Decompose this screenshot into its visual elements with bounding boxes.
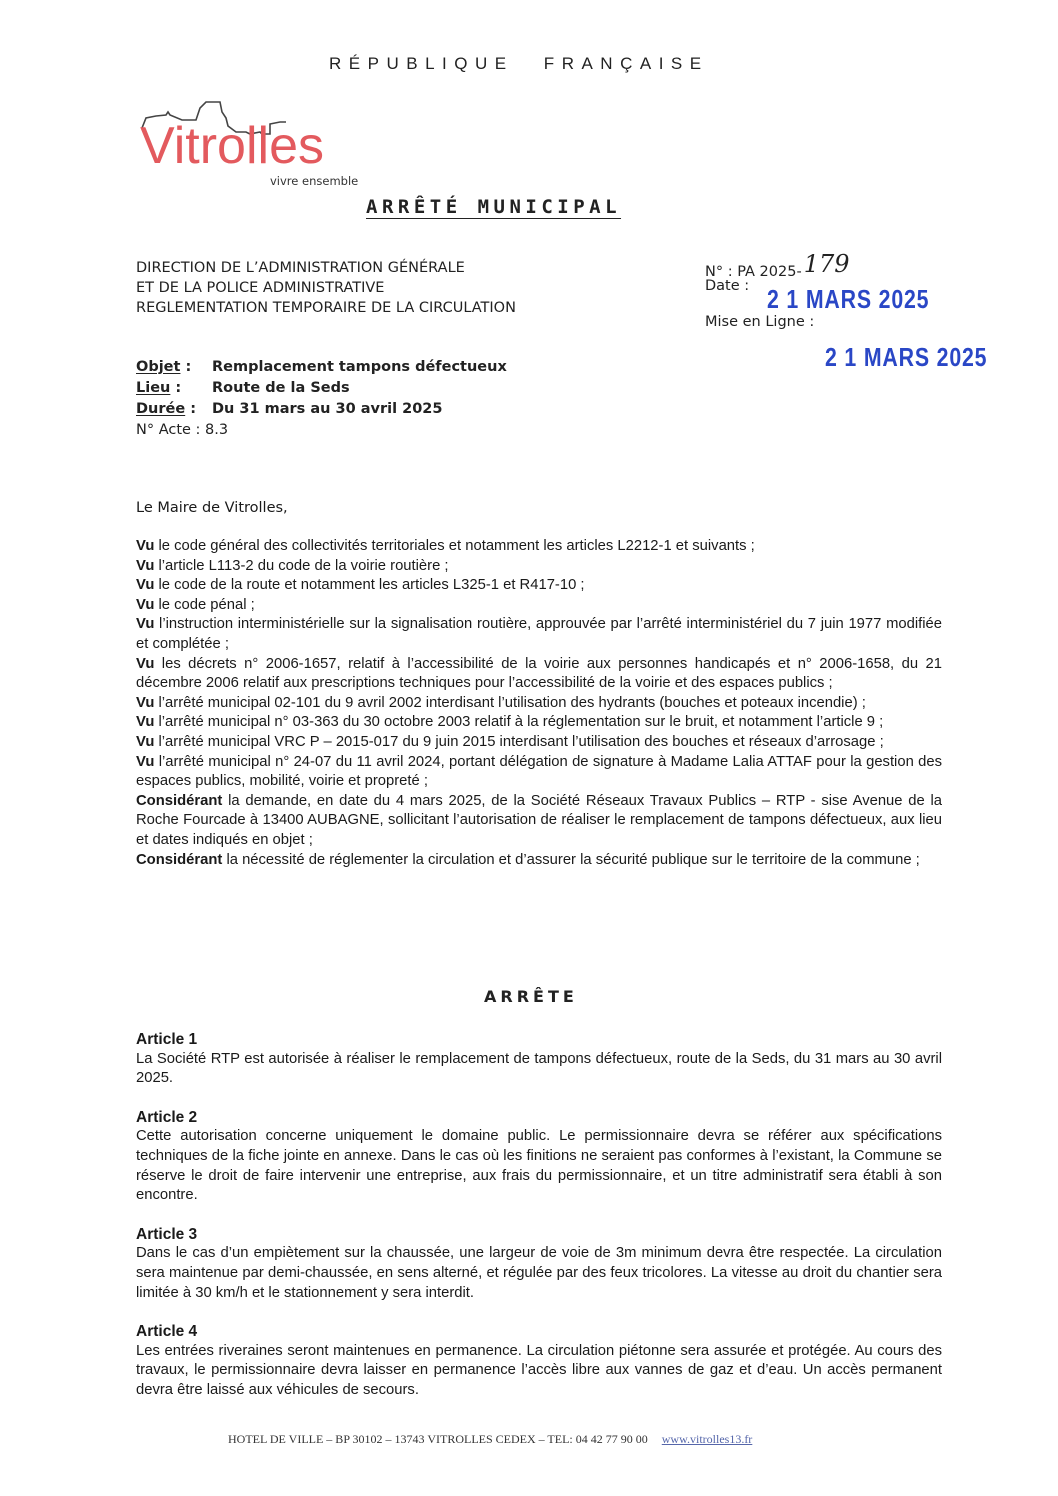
consideration-item: Vu l’arrêté municipal n° 03-363 du 30 oc… (136, 713, 942, 733)
consideration-lead: Vu (136, 616, 154, 632)
consideration-item: Considérant la nécessité de réglementer … (136, 851, 942, 871)
consideration-text: l’arrêté municipal 02-101 du 9 avril 200… (154, 695, 866, 711)
consideration-text: l’arrêté municipal n° 03-363 du 30 octob… (154, 714, 883, 730)
consideration-text: l’arrêté municipal n° 24-07 du 11 avril … (136, 754, 942, 790)
duree-label: Durée (136, 401, 185, 417)
article-text: Dans le cas d’un empiètement sur la chau… (136, 1244, 942, 1303)
article: Article 2Cette autorisation concerne uni… (136, 1108, 942, 1206)
consideration-text: le code pénal ; (154, 597, 254, 613)
consideration-text: l’article L113-2 du code de la voirie ro… (154, 558, 448, 574)
department-block: DIRECTION DE L’ADMINISTRATION GÉNÉRALE E… (136, 258, 516, 318)
article-title: Article 2 (136, 1108, 942, 1128)
consideration-lead: Vu (136, 656, 154, 672)
online-label: Mise en Ligne : (705, 312, 850, 332)
consideration-item: Vu le code général des collectivités ter… (136, 537, 942, 557)
objet-label: Objet (136, 359, 180, 375)
article: Article 3Dans le cas d’un empiètement su… (136, 1225, 942, 1303)
article-text: La Société RTP est autorisée à réaliser … (136, 1050, 942, 1089)
department-line: DIRECTION DE L’ADMINISTRATION GÉNÉRALE (136, 258, 516, 278)
article-title: Article 1 (136, 1030, 942, 1050)
document-title: ARRÊTÉ MUNICIPAL (366, 196, 621, 218)
duree-value: Du 31 mars au 30 avril 2025 (212, 399, 442, 420)
acte-number: N° Acte : 8.3 (136, 420, 507, 441)
consideration-item: Vu l’arrêté municipal 02-101 du 9 avril … (136, 694, 942, 714)
article: Article 4Les entrées riveraines seront m… (136, 1322, 942, 1400)
consideration-item: Vu le code pénal ; (136, 596, 942, 616)
consideration-lead: Considérant (136, 793, 222, 809)
vitrolles-logo: Vitrolles vivre ensemble (136, 98, 406, 190)
consideration-lead: Vu (136, 538, 154, 554)
date-stamp: 2 1 MARS 2025 (767, 284, 929, 315)
consideration-item: Considérant la demande, en date du 4 mar… (136, 792, 942, 851)
logo-wordmark: Vitrolles (140, 120, 324, 172)
department-line: ET DE LA POLICE ADMINISTRATIVE (136, 278, 516, 298)
article: Article 1La Société RTP est autorisée à … (136, 1030, 942, 1089)
consideration-lead: Vu (136, 714, 154, 730)
website-link[interactable]: www.vitrolles13.fr (662, 1432, 753, 1446)
considerations-list: Vu le code général des collectivités ter… (136, 537, 942, 870)
article-title: Article 3 (136, 1225, 942, 1245)
consideration-lead: Vu (136, 754, 154, 770)
consideration-item: Vu le code de la route et notamment les … (136, 576, 942, 596)
consideration-lead: Vu (136, 695, 154, 711)
consideration-lead: Considérant (136, 852, 222, 868)
consideration-text: l’instruction interministérielle sur la … (136, 616, 942, 652)
lieu-label: Lieu (136, 380, 170, 396)
consideration-lead: Vu (136, 558, 154, 574)
lieu-value: Route de la Seds (212, 378, 350, 399)
consideration-text: les décrets n° 2006-1657, relatif à l’ac… (136, 656, 942, 692)
consideration-item: Vu l’article L113-2 du code de la voirie… (136, 557, 942, 577)
consideration-text: le code général des collectivités territ… (154, 538, 754, 554)
article-text: Les entrées riveraines seront maintenues… (136, 1342, 942, 1401)
consideration-lead: Vu (136, 577, 154, 593)
footer-address: HOTEL DE VILLE – BP 30102 – 13743 VITROL… (228, 1432, 648, 1446)
articles-list: Article 1La Société RTP est autorisée à … (136, 1030, 942, 1420)
decision-heading: ARRÊTE (484, 987, 578, 1006)
footer: HOTEL DE VILLE – BP 30102 – 13743 VITROL… (228, 1432, 752, 1447)
consideration-text: le code de la route et notamment les art… (154, 577, 584, 593)
consideration-text: la nécessité de réglementer la circulati… (222, 852, 919, 868)
consideration-item: Vu les décrets n° 2006-1657, relatif à l… (136, 655, 942, 694)
logo-tagline: vivre ensemble (270, 174, 358, 188)
intro-line: Le Maire de Vitrolles, (136, 500, 288, 516)
republic-header: RÉPUBLIQUE FRANÇAISE (329, 54, 709, 74)
consideration-lead: Vu (136, 597, 154, 613)
consideration-item: Vu l’instruction interministérielle sur … (136, 615, 942, 654)
consideration-text: la demande, en date du 4 mars 2025, de l… (136, 793, 942, 848)
consideration-item: Vu l’arrêté municipal n° 24-07 du 11 avr… (136, 753, 942, 792)
department-line: REGLEMENTATION TEMPORAIRE DE LA CIRCULAT… (136, 298, 516, 318)
handwritten-number: 179 (804, 250, 850, 278)
article-text: Cette autorisation concerne uniquement l… (136, 1127, 942, 1205)
objet-value: Remplacement tampons défectueux (212, 357, 507, 378)
consideration-item: Vu l’arrêté municipal VRC P – 2015-017 d… (136, 733, 942, 753)
online-date-stamp: 2 1 MARS 2025 (825, 342, 987, 373)
article-title: Article 4 (136, 1322, 942, 1342)
consideration-lead: Vu (136, 734, 154, 750)
consideration-text: l’arrêté municipal VRC P – 2015-017 du 9… (154, 734, 883, 750)
subject-block: Objet :Remplacement tampons défectueux L… (136, 357, 507, 441)
